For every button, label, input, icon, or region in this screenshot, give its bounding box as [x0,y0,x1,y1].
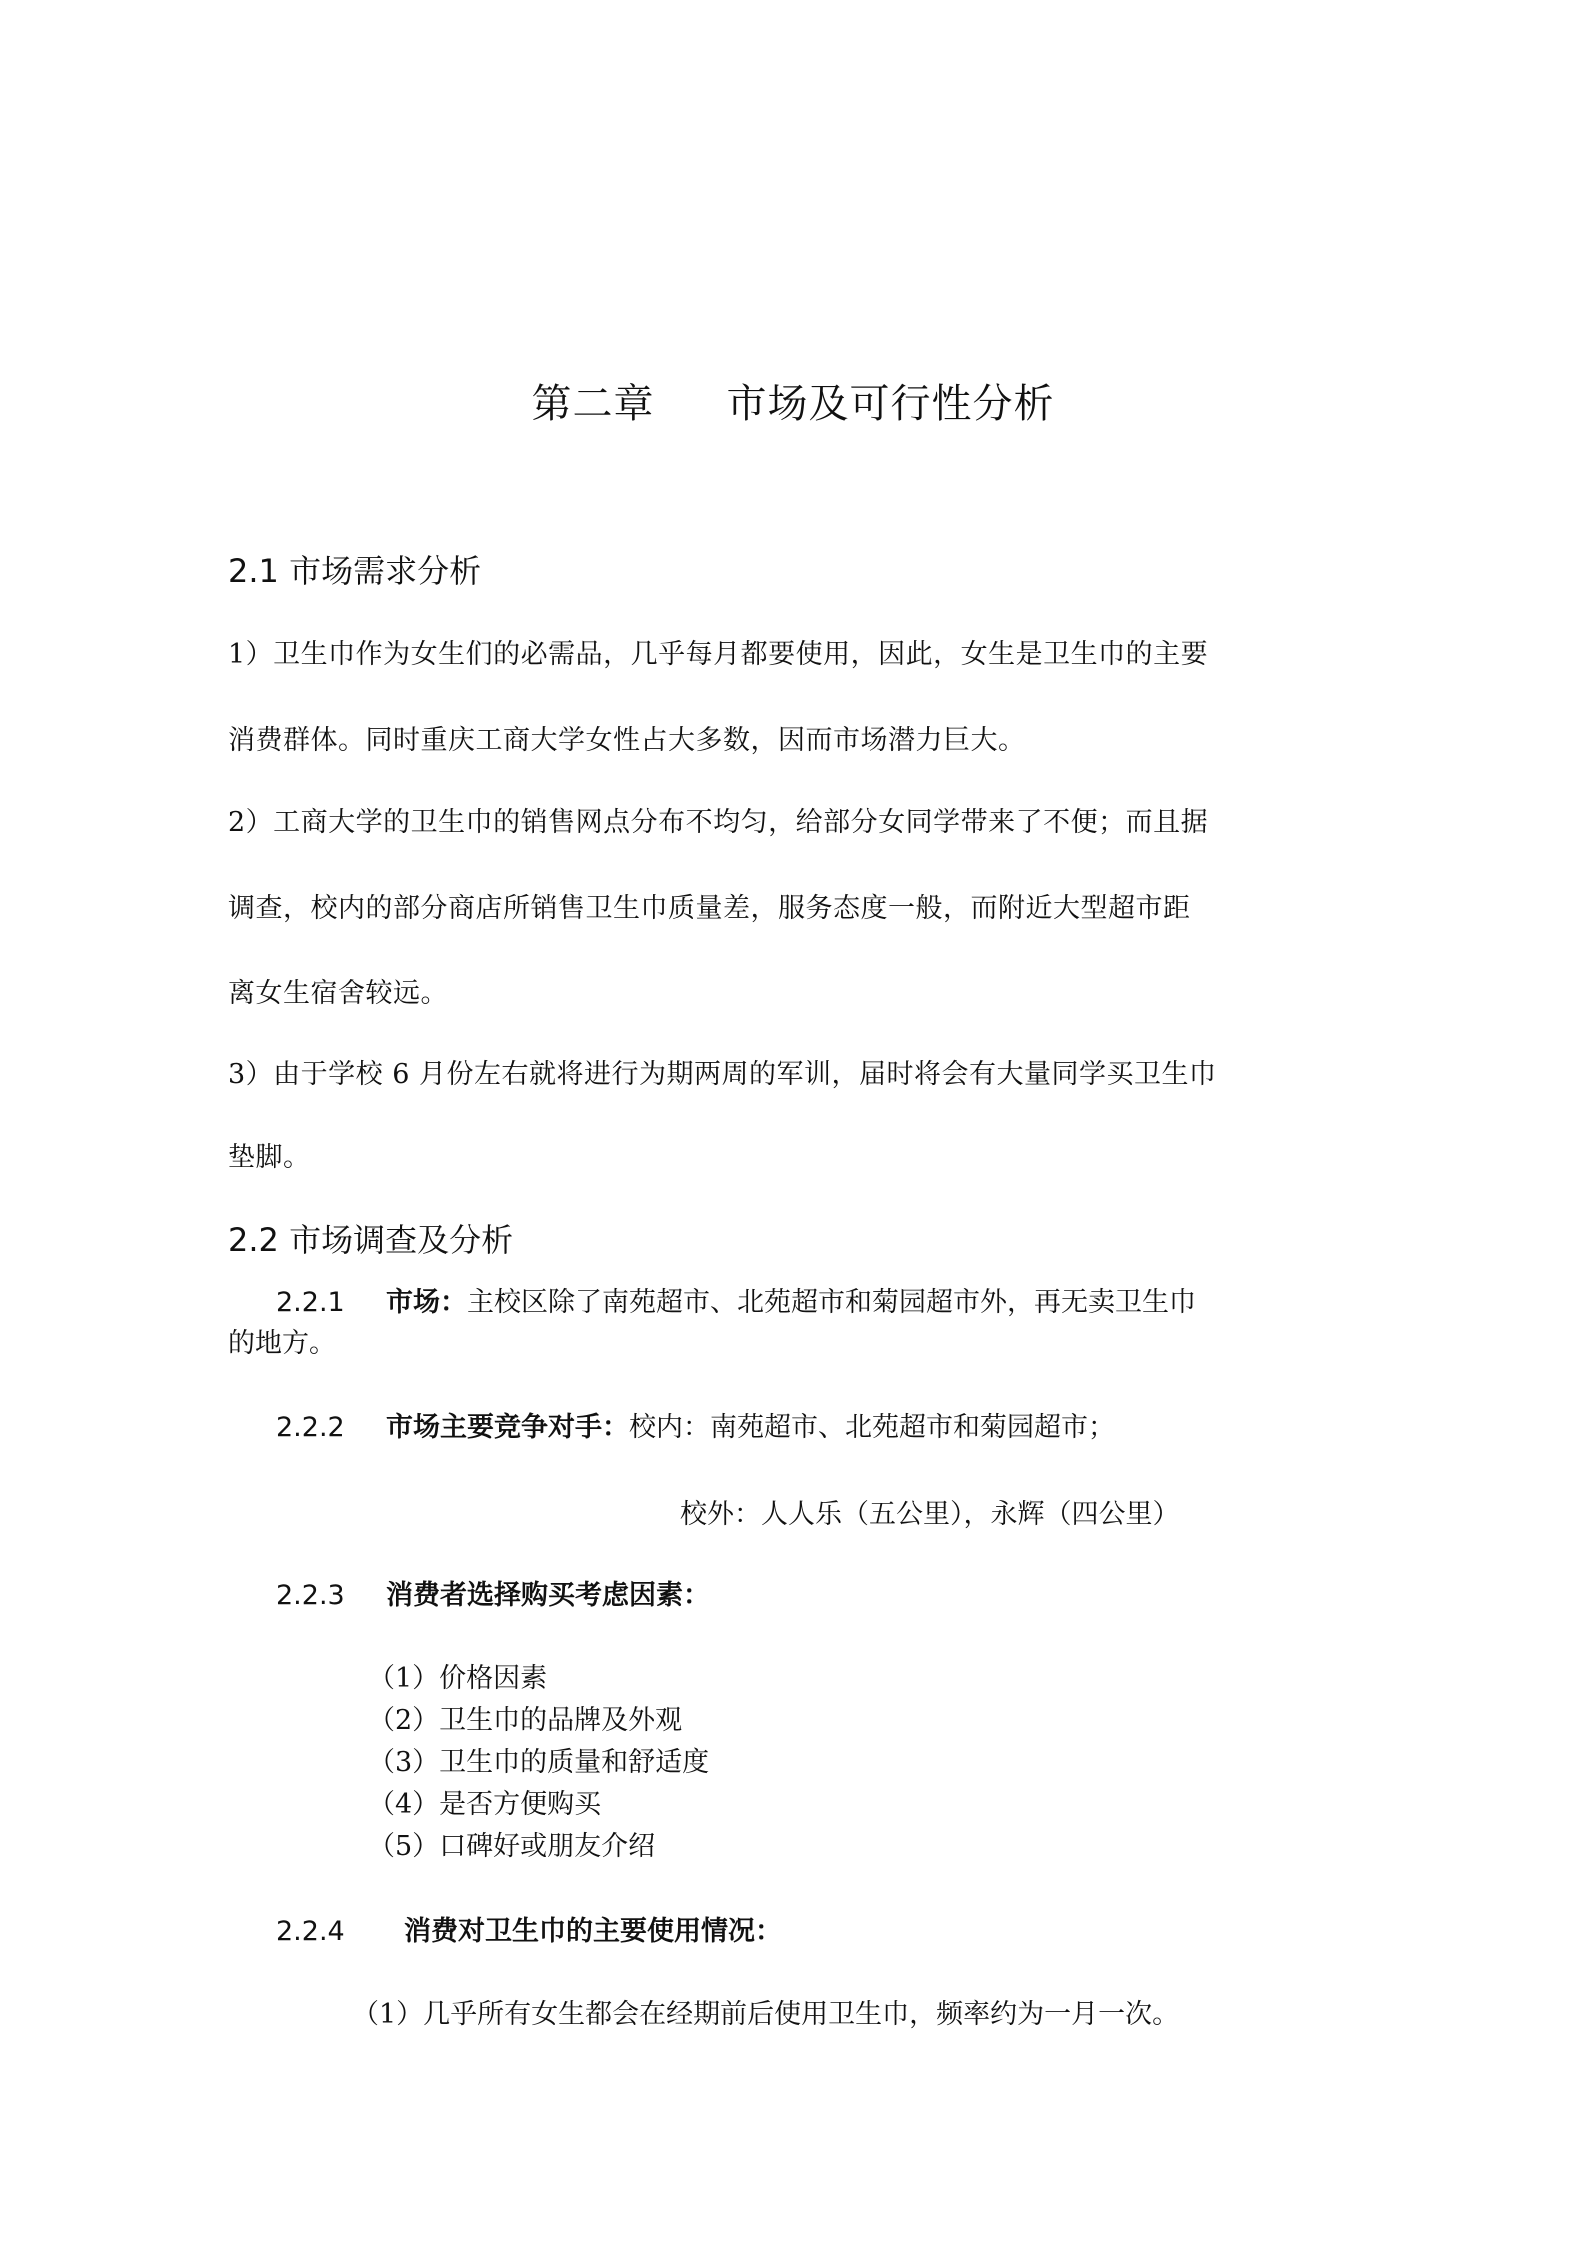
factor-item: （2）卫生巾的品牌及外观 [368,1698,682,1737]
subsection-label: 消费对卫生巾的主要使用情况： [404,1916,782,1947]
chapter-name: 市场及可行性分析 [727,381,1055,427]
subsection-2-2-4: 2.2.4消费对卫生巾的主要使用情况： [276,1909,782,1948]
paragraph-2-line-2: 调查，校内的部分商店所销售卫生巾质量差，服务态度一般，而附近大型超市距 [228,886,1191,925]
factor-item: （3）卫生巾的质量和舒适度 [368,1740,709,1779]
factor-item: （4）是否方便购买 [368,1782,601,1821]
subsection-number: 2.2.4 [276,1916,404,1947]
competitors-on-campus: 校内：南苑超市、北苑超市和菊园超市； [629,1412,1115,1443]
subsection-label: 消费者选择购买考虑因素： [386,1580,710,1611]
subsection-number: 2.2.2 [276,1412,386,1443]
chapter-title: 第二章市场及可行性分析 [0,372,1586,429]
paragraph-3-line-1: 3）由于学校 6 月份左右就将进行为期两周的军训，届时将会有大量同学买卫生巾 [228,1052,1217,1091]
subsection-2-2-2: 2.2.2市场主要竞争对手：校内：南苑超市、北苑超市和菊园超市； [276,1405,1115,1444]
subsection-text: 主校区除了南苑超市、北苑超市和菊园超市外，再无卖卫生巾 [467,1287,1196,1318]
competitors-off-campus: 校外：人人乐（五公里），永辉（四公里） [680,1492,1180,1531]
subsection-2-2-1-continuation: 的地方。 [228,1321,336,1360]
subsection-number: 2.2.3 [276,1580,386,1611]
section-heading-2-1: 2.1 市场需求分析 [228,546,481,592]
paragraph-1-line-1: 1）卫生巾作为女生们的必需品，几乎每月都要使用，因此，女生是卫生巾的主要 [228,632,1208,671]
paragraph-2-line-1: 2）工商大学的卫生巾的销售网点分布不均匀，给部分女同学带来了不便；而且据 [228,800,1208,839]
subsection-2-2-1: 2.2.1市场：主校区除了南苑超市、北苑超市和菊园超市外，再无卖卫生巾 [276,1280,1196,1319]
paragraph-2-line-3: 离女生宿舍较远。 [228,971,448,1010]
subsection-number: 2.2.1 [276,1287,386,1318]
paragraph-1-line-2: 消费群体。同时重庆工商大学女性占大多数，因而市场潜力巨大。 [228,718,1026,757]
chapter-number: 第二章 [532,381,655,427]
factor-item: （1）价格因素 [368,1656,547,1695]
factor-item: （5）口碑好或朋友介绍 [368,1824,655,1863]
usage-item: （1）几乎所有女生都会在经期前后使用卫生巾，频率约为一月一次。 [352,1992,1179,2031]
subsection-label: 市场： [386,1287,467,1318]
section-heading-2-2: 2.2 市场调查及分析 [228,1215,513,1261]
subsection-2-2-3: 2.2.3消费者选择购买考虑因素： [276,1573,710,1612]
paragraph-3-line-2: 垫脚。 [228,1135,311,1174]
subsection-label: 市场主要竞争对手： [386,1412,629,1443]
